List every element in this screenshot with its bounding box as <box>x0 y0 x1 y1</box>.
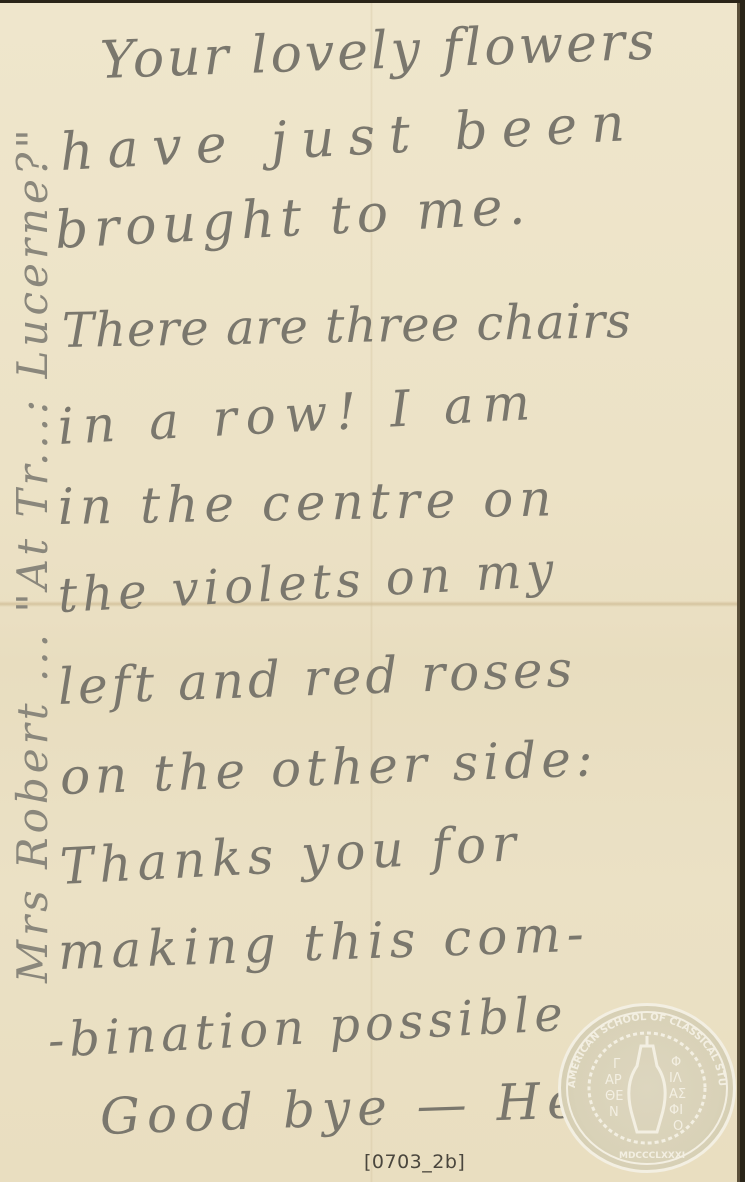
letter-line-7: the violets on my <box>57 542 560 624</box>
letter-line-3: brought to me. <box>53 176 532 261</box>
svg-text:ΙΛ: ΙΛ <box>669 1071 682 1086</box>
svg-text:ΦΙ: ΦΙ <box>669 1103 683 1118</box>
svg-text:Γ: Γ <box>613 1057 621 1072</box>
letter-line-1: Your lovely flowers <box>99 12 658 91</box>
letter-line-10: Thanks you for <box>58 814 523 896</box>
letter-line-11: making this com- <box>57 904 591 981</box>
margin-note-vertical: Mrs Robert ... "At Tr...: Lucerne?" <box>8 125 57 983</box>
letter-line-2: have just been <box>58 93 640 183</box>
letter-line-4: There are three chairs <box>62 293 633 359</box>
svg-text:ΑΡ: ΑΡ <box>605 1073 622 1088</box>
institution-seal-stamp: Γ ΑΡ ΘΕ Ν Φ ΙΛ ΑΣ ΦΙ Ο AMERICAN SCHOOL O… <box>558 1003 736 1173</box>
svg-text:ΘΕ: ΘΕ <box>605 1089 623 1104</box>
svg-text:ΑΣ: ΑΣ <box>669 1087 686 1102</box>
letter-page: Your lovely flowers have just been broug… <box>0 3 740 1182</box>
svg-text:MDCCCLXXXI: MDCCCLXXXI <box>619 1151 685 1161</box>
letter-line-5: in a row! I am <box>56 373 540 456</box>
svg-text:Ο: Ο <box>673 1119 683 1134</box>
svg-text:Ν: Ν <box>609 1105 619 1120</box>
letter-line-9: on the other side: <box>59 729 599 806</box>
seal-emblem-icon: Γ ΑΡ ΘΕ Ν Φ ΙΛ ΑΣ ΦΙ Ο AMERICAN SCHOOL O… <box>561 1006 733 1170</box>
letter-line-12: -bination possible <box>47 986 569 1069</box>
archive-reference-label: [0703_2b] <box>364 1151 465 1173</box>
letter-line-6: in the centre on <box>57 469 557 536</box>
svg-text:Φ: Φ <box>671 1055 681 1070</box>
letter-line-8: left and red roses <box>57 640 577 716</box>
